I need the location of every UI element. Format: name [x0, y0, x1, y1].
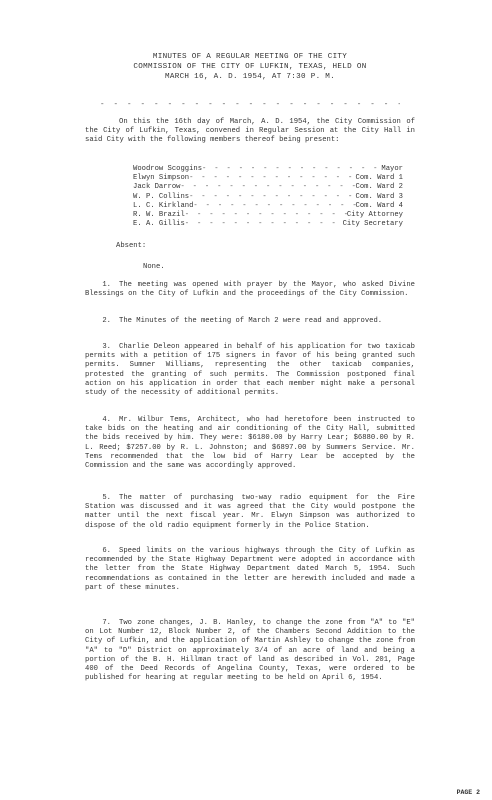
- member-row: L. C. Kirkland- - - - - - - - - - - - - …: [133, 202, 403, 211]
- members-present-list: Woodrow Scoggins- - - - - - - - - - - - …: [133, 165, 403, 229]
- member-row: E. A. Gillis- - - - - - - - - - - - - - …: [133, 220, 403, 229]
- document-title: MINUTES OF A REGULAR MEETING OF THE CITY…: [100, 52, 400, 82]
- title-line-3: MARCH 16, A. D. 1954, AT 7:30 P. M.: [100, 72, 400, 82]
- item-3: 3.Charlie Deleon appeared in behalf of h…: [85, 343, 415, 398]
- member-row: R. W. Brazil- - - - - - - - - - - - - - …: [133, 211, 403, 220]
- intro-paragraph: On this the 16th day of March, A. D. 195…: [85, 118, 415, 146]
- intro-text: On this the 16th day of March, A. D. 195…: [85, 118, 415, 144]
- document-page: MINUTES OF A REGULAR MEETING OF THE CITY…: [0, 0, 492, 800]
- item-6: 6.Speed limits on the various highways t…: [85, 547, 415, 593]
- member-row: Woodrow Scoggins- - - - - - - - - - - - …: [133, 165, 403, 174]
- absent-value: None.: [143, 263, 165, 271]
- member-row: W. P. Collins- - - - - - - - - - - - - -…: [133, 193, 403, 202]
- item-1: 1.The meeting was opened with prayer by …: [85, 281, 415, 299]
- item-7: 7.Two zone changes, J. B. Hanley, to cha…: [85, 619, 415, 683]
- item-5: 5.The matter of purchasing two-way radio…: [85, 494, 415, 531]
- title-line-1: MINUTES OF A REGULAR MEETING OF THE CITY: [100, 52, 400, 62]
- absent-label: Absent:: [116, 242, 146, 250]
- item-4: 4.Mr. Wilbur Tems, Architect, who had he…: [85, 416, 415, 471]
- separator-rule: - - - - - - - - - - - - - - - - - - - - …: [100, 101, 400, 109]
- title-line-2: COMMISSION OF THE CITY OF LUFKIN, TEXAS,…: [100, 62, 400, 72]
- item-2: 2.The Minutes of the meeting of March 2 …: [85, 317, 415, 326]
- member-row: Jack Darrow- - - - - - - - - - - - - - -…: [133, 183, 403, 192]
- page-number: PAGE 2: [457, 789, 480, 796]
- member-row: Elwyn Simpson- - - - - - - - - - - - - -…: [133, 174, 403, 183]
